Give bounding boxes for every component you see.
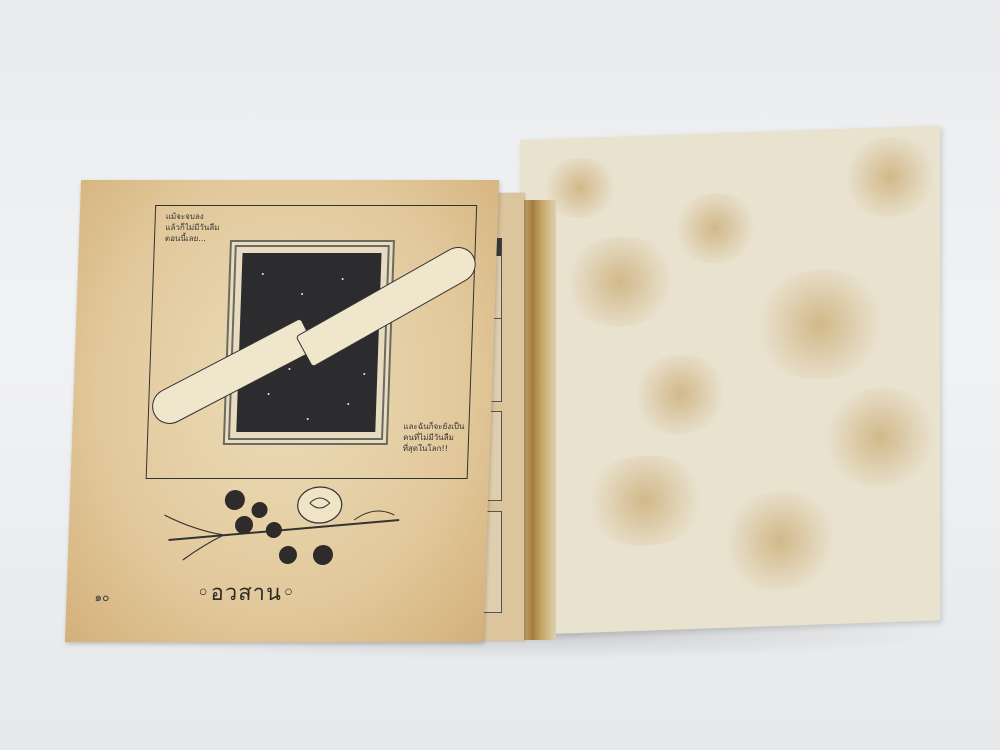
back-endpaper [520,125,940,635]
rose-branch-illustration [162,485,415,580]
caption-bottom: และฉันก็จะยังเป็น คนที่ไม่มีวันลืม ที่สุ… [402,421,464,454]
comic-panel: แม้จะจบลง แล้วก็ไม่มีวันลืม ตอนนี้เลย...… [146,205,478,479]
book-spine [520,200,556,640]
final-comic-page: แม้จะจบลง แล้วก็ไม่มีวันลืม ตอนนี้เลย...… [65,180,499,642]
caption-top: แม้จะจบลง แล้วก็ไม่มีวันลืม ตอนนี้เลย... [165,211,220,244]
page-number: ๑๐ [94,588,110,607]
the-end-title: ◦อวสาน◦ [196,575,297,610]
